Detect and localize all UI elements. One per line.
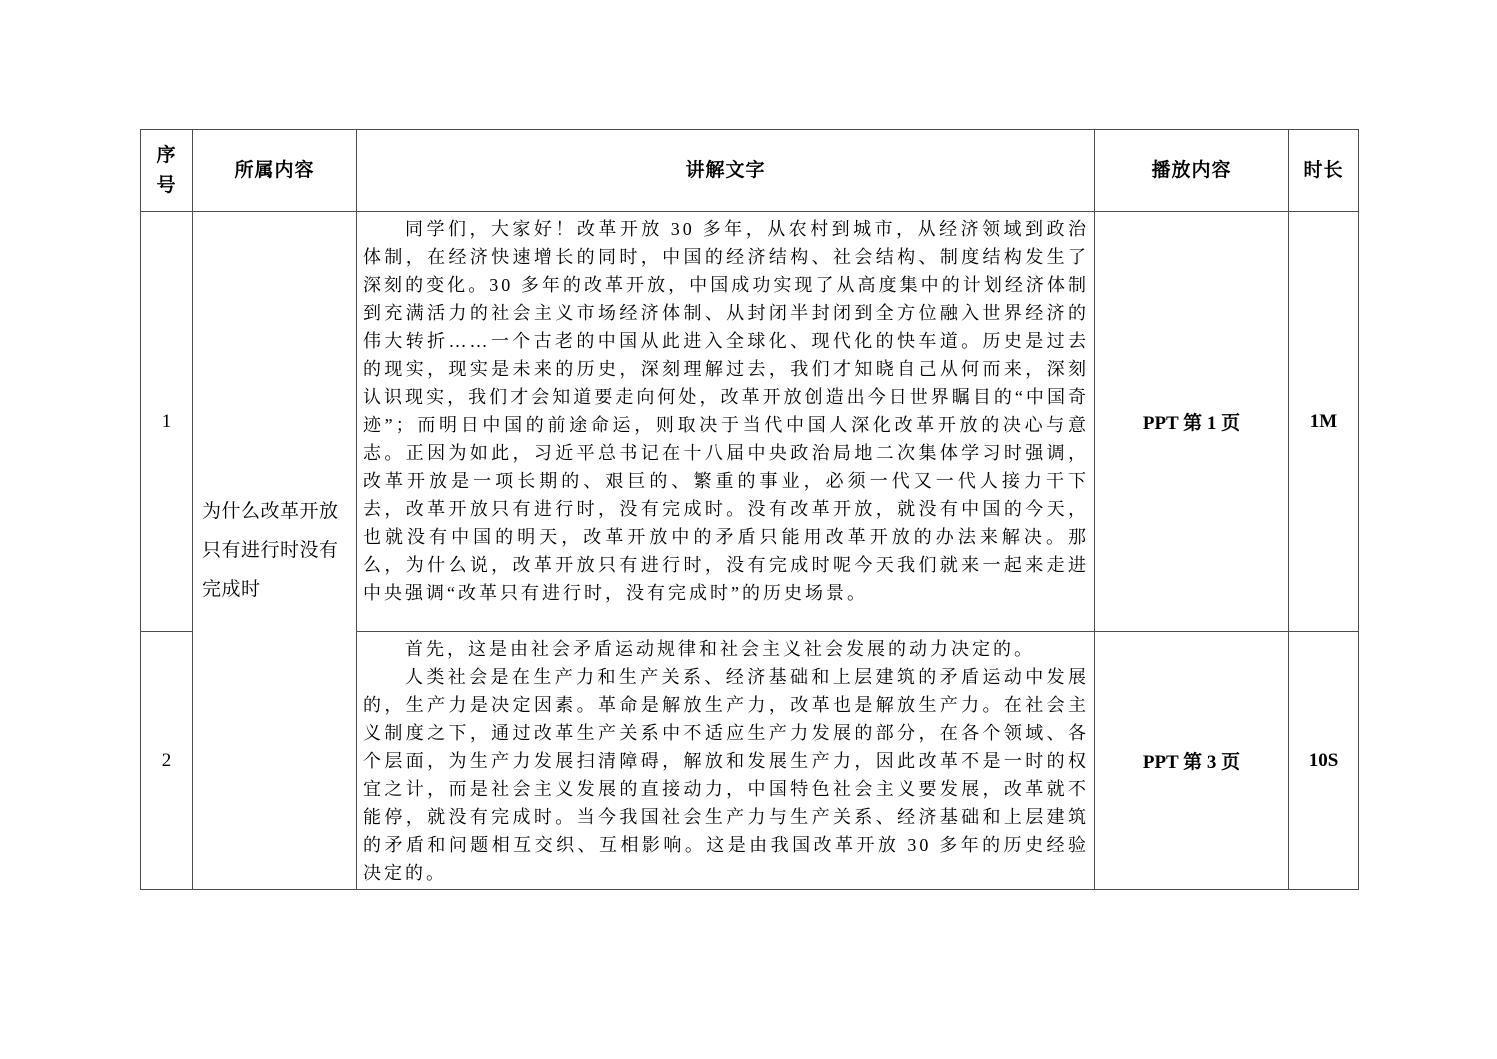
lecture-script-table: 序号 所属内容 讲解文字 播放内容 时长 1 为什么改革开放只有进行时没有完成时… [140,129,1359,890]
table-row: 1 为什么改革开放只有进行时没有完成时 同学们，大家好！改革开放 30 多年，从… [141,212,1359,632]
topic-cell-merged: 为什么改革开放只有进行时没有完成时 [193,212,357,890]
duration-cell-2: 10S [1289,632,1359,890]
header-duration: 时长 [1289,130,1359,212]
duration-cell-1: 1M [1289,212,1359,632]
header-topic: 所属内容 [193,130,357,212]
document-page: 序号 所属内容 讲解文字 播放内容 时长 1 为什么改革开放只有进行时没有完成时… [140,129,1359,890]
play-cell-2: PPT 第 3 页 [1095,632,1289,890]
header-speech: 讲解文字 [357,130,1095,212]
seq-cell-2: 2 [141,632,193,890]
header-seq: 序号 [141,130,193,212]
speech-paragraph: 同学们，大家好！改革开放 30 多年，从农村到城市，从经济领域到政治体制，在经济… [363,215,1089,607]
play-cell-1: PPT 第 1 页 [1095,212,1289,632]
table-header-row: 序号 所属内容 讲解文字 播放内容 时长 [141,130,1359,212]
speech-paragraph: 人类社会是在生产力和生产关系、经济基础和上层建筑的矛盾运动中发展的，生产力是决定… [363,663,1089,887]
speech-cell-1: 同学们，大家好！改革开放 30 多年，从农村到城市，从经济领域到政治体制，在经济… [357,212,1095,632]
seq-cell-1: 1 [141,212,193,632]
speech-cell-2: 首先，这是由社会矛盾运动规律和社会主义社会发展的动力决定的。 人类社会是在生产力… [357,632,1095,890]
speech-paragraph: 首先，这是由社会矛盾运动规律和社会主义社会发展的动力决定的。 [363,635,1089,663]
header-play: 播放内容 [1095,130,1289,212]
